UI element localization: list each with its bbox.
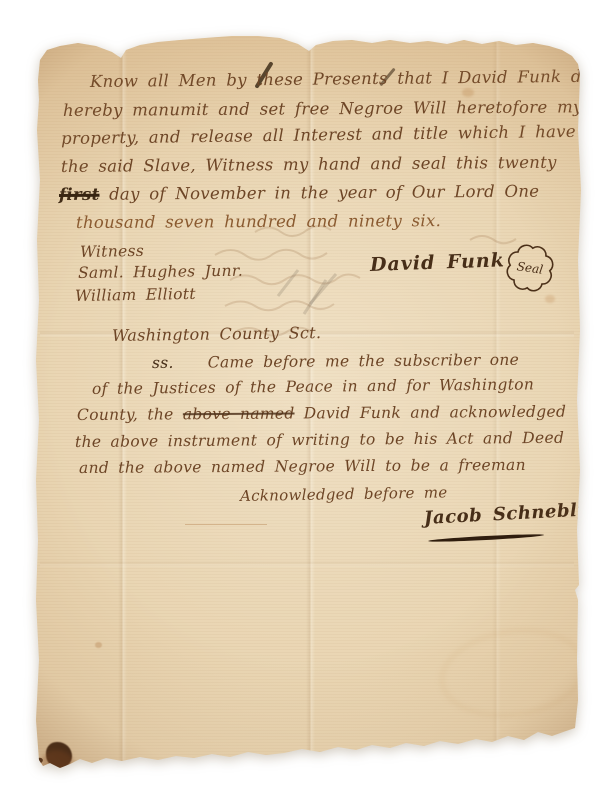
witness-name-2: William Elliott xyxy=(75,285,196,305)
deed-line-3: property, and release all Interest and t… xyxy=(61,121,603,148)
deed-line-4: the said Slave, Witness my hand and seal… xyxy=(61,153,557,176)
scratch-mark xyxy=(185,524,267,525)
ink-showthrough xyxy=(140,210,560,510)
photograph-background: Know all Men by these Presents that I Da… xyxy=(0,0,614,800)
stain-speck xyxy=(33,757,44,766)
paper-toning xyxy=(0,0,614,800)
ack-line-3: County, the above named David Funk and a… xyxy=(77,403,566,424)
ack-line-1: ss.Came before me the subscriber one xyxy=(152,351,519,372)
deed-line-5-rest: day of November in the year of Our Lord … xyxy=(99,182,539,204)
horizontal-fold-crease xyxy=(40,330,574,338)
vertical-fold-crease xyxy=(306,36,315,764)
county-heading: Washington County Sct. xyxy=(112,323,322,345)
deed-line-6: thousand seven hundred and ninety six. xyxy=(76,211,441,232)
deed-line-1: Know all Men by these Presents that I Da… xyxy=(90,67,592,91)
deed-line-5: first day of November in the year of Our… xyxy=(59,182,539,204)
ack-line-3-pre: County, the xyxy=(77,405,183,424)
dark-stain xyxy=(46,742,72,768)
ink-smudge xyxy=(379,68,395,87)
acknowledged-before-me: Acknowledged before me xyxy=(240,483,448,505)
water-stain xyxy=(435,620,592,725)
laid-paper-texture xyxy=(0,0,614,800)
ack-line-2: of the Justices of the Peace in and for … xyxy=(92,375,534,398)
horizontal-fold-crease xyxy=(40,560,574,568)
ss-mark: ss. xyxy=(152,354,174,372)
witness-label: Witness xyxy=(80,242,144,261)
deed-line-2: hereby manumit and set free Negroe Will … xyxy=(63,97,583,120)
signer-signature: David Funk xyxy=(370,249,506,276)
foxing-spot xyxy=(462,88,474,97)
struck-word: first xyxy=(59,185,100,204)
ack-line-5: and the above named Negroe Will to be a … xyxy=(79,456,526,477)
stain-halo xyxy=(40,750,74,780)
signature-flourish xyxy=(428,533,544,543)
ack-line-3-struck: above named xyxy=(183,404,295,423)
edge-darkening xyxy=(0,0,614,800)
foxing-spot xyxy=(95,642,102,648)
hand-drawn-seal: Seal xyxy=(501,239,560,298)
vertical-fold-crease xyxy=(118,36,127,764)
ack-line-1-text: Came before me the subscriber one xyxy=(208,351,520,372)
seal-text: Seal xyxy=(516,259,544,277)
ack-line-4: the above instrument of writing to be hi… xyxy=(75,429,564,451)
vertical-fold-crease xyxy=(492,36,501,764)
ack-line-3-post: David Funk and acknowledged xyxy=(294,403,566,423)
justice-signature: Jacob Schnebly xyxy=(423,499,588,529)
witness-name-1: Saml. Hughes Junr. xyxy=(78,262,243,282)
manuscript-paper: Know all Men by these Presents that I Da… xyxy=(0,0,614,800)
ink-smudge xyxy=(254,61,273,89)
paper-sheet: Know all Men by these Presents that I Da… xyxy=(0,0,614,800)
